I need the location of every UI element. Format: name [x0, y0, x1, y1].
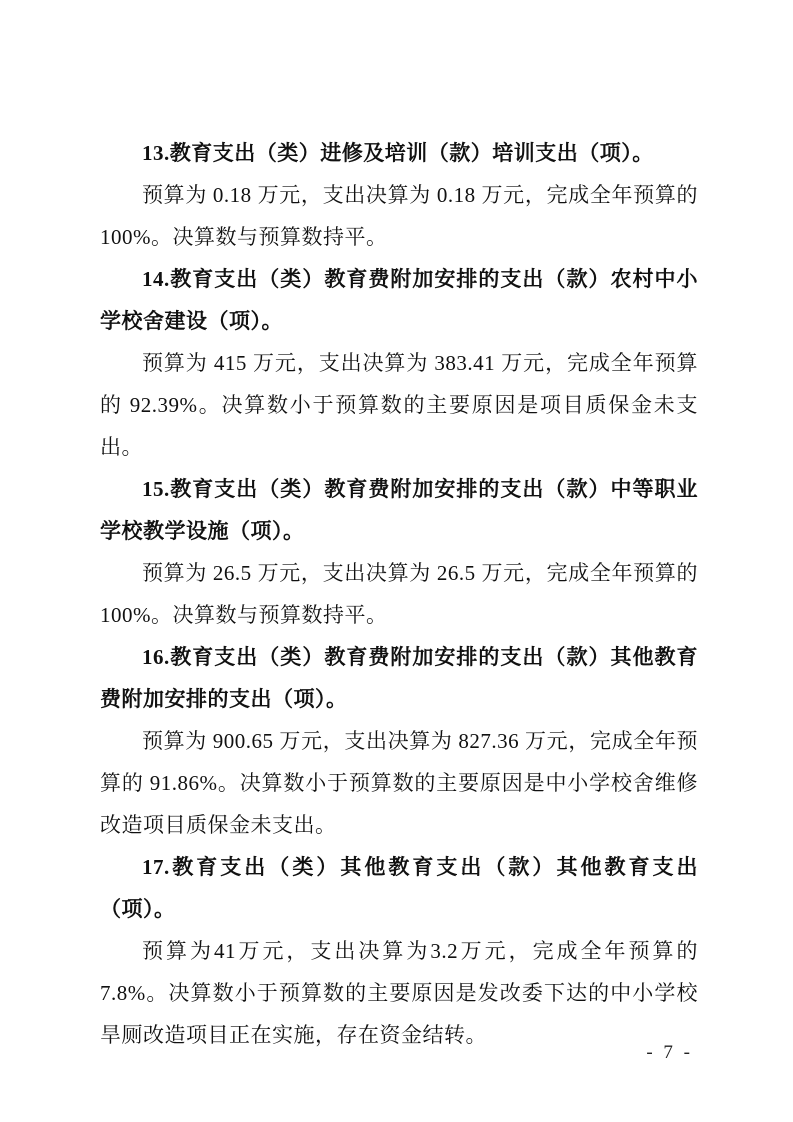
- section-body: 预算为 900.65 万元，支出决算为 827.36 万元，完成全年预算的 91…: [100, 720, 698, 846]
- section-body: 预算为 0.18 万元，支出决算为 0.18 万元，完成全年预算的 100%。决…: [100, 174, 698, 258]
- document-content: 13.教育支出（类）进修及培训（款）培训支出（项）。 预算为 0.18 万元，支…: [0, 0, 793, 1056]
- section-body: 预算为 26.5 万元，支出决算为 26.5 万元，完成全年预算的 100%。决…: [100, 552, 698, 636]
- document-page: 13.教育支出（类）进修及培训（款）培训支出（项）。 预算为 0.18 万元，支…: [0, 0, 793, 1122]
- budget-item-section-14: 14.教育支出（类）教育费附加安排的支出（款）农村中小学校舍建设（项）。 预算为…: [100, 258, 698, 468]
- budget-item-section-15: 15.教育支出（类）教育费附加安排的支出（款）中等职业学校教学设施（项）。 预算…: [100, 468, 698, 636]
- budget-item-section-17: 17.教育支出（类）其他教育支出（款）其他教育支出（项）。 预算为41万元，支出…: [100, 846, 698, 1056]
- section-heading: 16.教育支出（类）教育费附加安排的支出（款）其他教育费附加安排的支出（项）。: [100, 636, 698, 720]
- section-body: 预算为41万元，支出决算为3.2万元，完成全年预算的7.8%。决算数小于预算数的…: [100, 930, 698, 1056]
- section-heading: 15.教育支出（类）教育费附加安排的支出（款）中等职业学校教学设施（项）。: [100, 468, 698, 552]
- page-number: - 7 -: [646, 1042, 693, 1064]
- section-heading: 17.教育支出（类）其他教育支出（款）其他教育支出（项）。: [100, 846, 698, 930]
- section-heading: 13.教育支出（类）进修及培训（款）培训支出（项）。: [100, 132, 698, 174]
- budget-item-section-16: 16.教育支出（类）教育费附加安排的支出（款）其他教育费附加安排的支出（项）。 …: [100, 636, 698, 846]
- section-body: 预算为 415 万元，支出决算为 383.41 万元，完成全年预算的 92.39…: [100, 342, 698, 468]
- budget-item-section-13: 13.教育支出（类）进修及培训（款）培训支出（项）。 预算为 0.18 万元，支…: [100, 132, 698, 258]
- section-heading: 14.教育支出（类）教育费附加安排的支出（款）农村中小学校舍建设（项）。: [100, 258, 698, 342]
